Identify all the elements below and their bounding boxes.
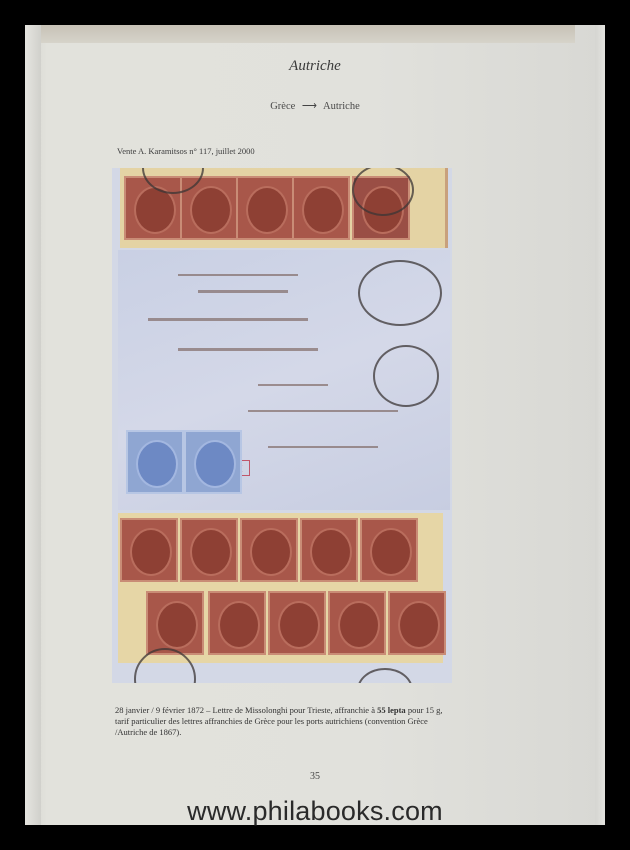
stamp-hermes-brown [300,518,358,582]
handwriting-line [248,410,398,412]
sale-caption: Vente A. Karamitsos n° 117, juillet 2000 [117,146,255,156]
page-left-edge [25,25,41,825]
page-number: 35 [25,771,605,782]
stamp-hermes-blue [126,430,184,494]
watermark-url: www.philabooks.com [0,796,630,827]
figure-caption: 28 janvier / 9 février 1872 – Lettre de … [115,705,455,738]
stamp-hermes-brown [236,176,294,240]
postmark-triest [358,260,442,326]
stamp-hermes-brown [360,518,418,582]
handwriting-line [198,290,288,293]
stamp-hermes-brown [328,591,386,655]
route-to: Autriche [323,101,360,112]
postmark-circle [373,345,439,407]
handwriting-line [258,384,328,386]
stamp-hermes-brown [146,591,204,655]
stamp-hermes-brown [388,591,446,655]
stamp-hermes-brown [268,591,326,655]
postmark-circle [357,668,413,683]
handwriting-line [268,446,378,448]
handwriting-line [178,348,318,351]
envelope: PD [118,250,450,510]
stamp-hermes-brown [120,518,178,582]
stamp-hermes-brown [292,176,350,240]
caption-text: 28 janvier / 9 février 1872 – Lettre de … [115,705,377,715]
stamp-hermes-brown [240,518,298,582]
page-top-shadow [41,25,575,43]
book-page: Autriche Grèce ⟶ Autriche Vente A. Karam… [25,25,605,825]
caption-bold-amount: 55 lepta [377,705,406,715]
arrow-right-icon: ⟶ [302,100,317,112]
route-heading: Grèce ⟶ Autriche [25,100,605,112]
chapter-title: Autriche [25,58,605,75]
route-from: Grèce [270,101,295,112]
page-right-edge [595,25,605,825]
stamp-hermes-brown [180,518,238,582]
stamp-hermes-blue [184,430,242,494]
cover-photo: PD [112,168,452,683]
handwriting-line [178,274,298,276]
handwriting-line [148,318,308,321]
stamp-hermes-brown [208,591,266,655]
